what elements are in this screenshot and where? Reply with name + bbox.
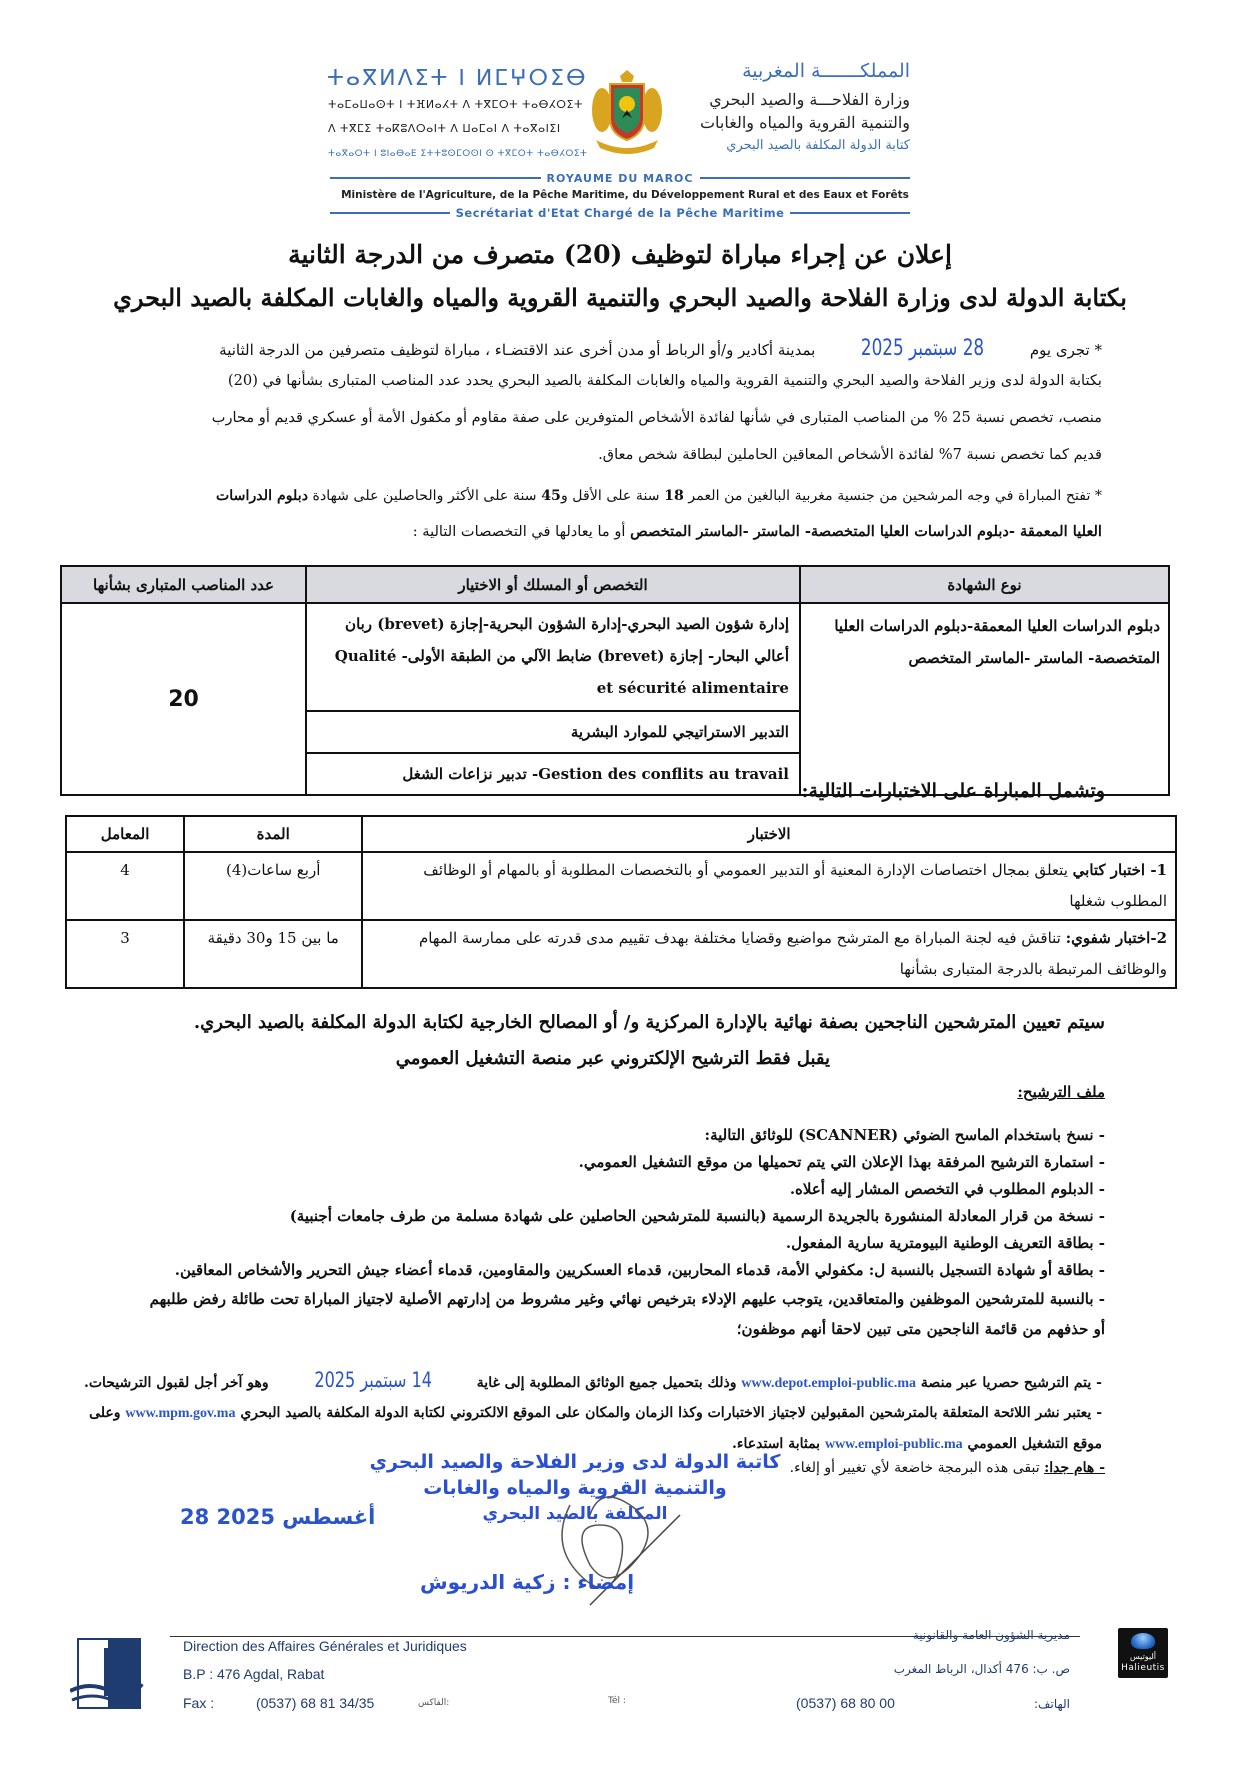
max-age: 45 bbox=[541, 488, 561, 504]
deposit-text-a: - يتم الترشيح حصريا عبر منصة bbox=[921, 1375, 1102, 1391]
footer-tel-label: Tél : bbox=[608, 1696, 626, 1706]
eligibility-diploma-bold: دبلوم الدراسات bbox=[216, 488, 308, 504]
file-items-list: - نسخ باستخدام الماسح الضوئي (SCANNER) ل… bbox=[145, 1122, 1105, 1344]
footer-fax-label-ar: الفاكس: bbox=[418, 1698, 449, 1708]
tests-table-header: الاختبار المدة المعامل bbox=[66, 816, 1176, 852]
deposit-platform-link[interactable]: www.depot.emploi-public.ma bbox=[741, 1376, 916, 1391]
test-coefficient-cell: 3 bbox=[66, 920, 184, 988]
announcement-title-line-2: بكتابة الدولة لدى وزارة الفلاحة والصيد ا… bbox=[100, 283, 1140, 312]
arabic-secretariat-line: كتابة الدولة المكلفة بالصيد البحري bbox=[670, 138, 910, 153]
list-item: - استمارة الترشيح المرفقة بهذا الإعلان ا… bbox=[145, 1149, 1105, 1176]
table-row: دبلوم الدراسات العليا المعمقة-دبلوم الدر… bbox=[61, 603, 1169, 795]
list-item: - الدبلوم المطلوب في التخصص المشار إليه … bbox=[145, 1176, 1105, 1203]
footer-bp-ar: ص. ب: 476 أكدال، الرباط المغرب bbox=[894, 1662, 1070, 1676]
header-duration: المدة bbox=[184, 816, 362, 852]
position-count-cell: 20 bbox=[61, 603, 306, 795]
header-coefficient: المعامل bbox=[66, 816, 184, 852]
tifinagh-ministry-line-2: ⴷ ⵜⴳⵎⵉ ⵜⴰⴽⵓⴷⵔⴰⵏⵜ ⴷ ⵡⴰⵎⴰⵏ ⴷ ⵜⴰⴳⴰⵏⵉⵏ bbox=[328, 122, 561, 135]
footer-direction-ar: مديرية الشؤون العامة والقانونية bbox=[913, 1628, 1070, 1642]
test-description: تناقش فيه لجنة المباراة مع المترشح مواضي… bbox=[419, 929, 1167, 978]
secretariat-divider: Secrétariat d'Etat Chargé de la Pêche Ma… bbox=[330, 205, 910, 221]
divider-line bbox=[330, 212, 450, 214]
important-note: - هام جدا: تبقى هذه البرمجة خاضعة لأي تغ… bbox=[790, 1460, 1105, 1476]
certificate-cell: دبلوم الدراسات العليا المعمقة-دبلوم الدر… bbox=[800, 603, 1169, 795]
footer-tel-label-ar: الهاتف: bbox=[1034, 1697, 1070, 1711]
arabic-kingdom-title: المملكـــــــة المغربية bbox=[670, 60, 910, 82]
divider-line bbox=[330, 177, 541, 179]
header-position-count: عدد المناصب المتبارى بشأنها bbox=[61, 566, 306, 603]
list-item: - نسخة من قرار المعادلة المنشورة بالجريد… bbox=[145, 1203, 1105, 1230]
list-item: - نسخ باستخدام الماسح الضوئي (SCANNER) ل… bbox=[145, 1122, 1105, 1149]
specialty-item: التدبير الاستراتيجي للموارد البشرية bbox=[307, 712, 799, 754]
intro-line-2: بكتابة الدولة لدى وزير الفلاحة والصيد ال… bbox=[140, 372, 1102, 389]
deposit-text-b: وذلك بتحميل جميع الوثائق المطلوبة إلى غا… bbox=[477, 1375, 737, 1391]
halieutis-fr-label: Halieutis bbox=[1118, 1663, 1168, 1673]
mpm-site-link[interactable]: www.mpm.gov.ma bbox=[125, 1406, 235, 1421]
arabic-ministry-line-2: والتنمية القروية والمياه والغابات bbox=[670, 113, 910, 132]
deadline-date-stamp: 14 سبتمبر 2025 bbox=[314, 1368, 432, 1392]
deposit-line: - يتم الترشيح حصريا عبر منصة www.depot.e… bbox=[140, 1368, 1102, 1392]
divider-line bbox=[790, 212, 910, 214]
footer-fax-label: Fax : bbox=[183, 1695, 214, 1711]
deposit-text-c: وهو آخر أجل لقبول الترشيحات. bbox=[84, 1375, 269, 1391]
list-item: - بطاقة التعريف الوطنية البيومترية سارية… bbox=[145, 1230, 1105, 1257]
tifinagh-ministry-line-1: ⵜⴰⵎⴰⵡⴰⵙⵜ ⵏ ⵜⴼⵍⴰⵃⵜ ⴷ ⵜⴳⵎⵔⵜ ⵜⴰⴱⵃⵔⵉⵜ bbox=[328, 98, 583, 111]
list-item: - بطاقة أو شهادة التسجيل بالنسبة ل: مكفو… bbox=[145, 1257, 1105, 1284]
royaume-divider: ROYAUME DU MAROC bbox=[330, 170, 910, 186]
table-row: 1- اختبار كتابي يتعلق بمجال اختصاصات الإ… bbox=[66, 852, 1176, 920]
announcement-title-line-1: إعلان عن إجراء مباراة لتوظيف (20) متصرف … bbox=[100, 240, 1140, 269]
halieutis-logo: أليوتيس Halieutis bbox=[1118, 1628, 1168, 1678]
intro-line-3: منصب، تخصص نسبة 25 % من المناصب المتبارى… bbox=[140, 409, 1102, 426]
tifinagh-kingdom-title: ⵜⴰⴳⵍⴷⵉⵜ ⵏ ⵍⵎⵖⵔⵉⴱ bbox=[327, 66, 588, 91]
eligibility-line-1: * تفتح المباراة في وجه المرشحين من جنسية… bbox=[140, 488, 1102, 504]
intro-line-1-rest: بمدينة أكادير و/أو الرباط أو مدن أخرى عن… bbox=[219, 341, 815, 359]
signatory-name: إمضاء : زكية الدريوش bbox=[420, 1570, 634, 1594]
footer-direction-fr: Direction des Affaires Générales et Juri… bbox=[183, 1638, 467, 1654]
specialty-item: إدارة شؤون الصيد البحري-إدارة الشؤون الب… bbox=[307, 604, 799, 712]
test-description: يتعلق بمجال اختصاصات الإدارة المعنية أو … bbox=[423, 861, 1167, 910]
publication-text-a: - يعتبر نشر اللائحة المتعلقة بالمترشحين … bbox=[240, 1405, 1102, 1421]
test-description-cell: 2-اختبار شفوي: تناقش فيه لجنة المباراة م… bbox=[362, 920, 1176, 988]
test-duration-cell: أربع ساعات(4) bbox=[184, 852, 362, 920]
file-heading: ملف الترشيح: bbox=[1017, 1083, 1105, 1101]
royaume-label: ROYAUME DU MAROC bbox=[547, 172, 694, 185]
footer-fax-number: (0537) 68 81 34/35 bbox=[256, 1695, 374, 1711]
electronic-only-note: يقبل فقط الترشيح الإلكتروني عبر منصة الت… bbox=[396, 1048, 830, 1069]
test-coefficient-cell: 4 bbox=[66, 852, 184, 920]
test-duration-cell: ما بين 15 و30 دقيقة bbox=[184, 920, 362, 988]
signature-date-stamp: 28 أغسطس 2025 bbox=[180, 1505, 375, 1529]
ministere-label: Ministère de l'Agriculture, de la Pêche … bbox=[320, 189, 930, 201]
eligibility-text-b: سنة على الأقل و bbox=[561, 488, 660, 504]
footer-tel-number: (0537) 68 80 00 bbox=[796, 1695, 895, 1711]
intro-line-4: قديم كما تخصص نسبة 7% لفائدة الأشخاص الم… bbox=[140, 446, 1102, 463]
test-label: 2-اختبار شفوي: bbox=[1066, 929, 1167, 947]
test-label: 1- اختبار كتابي bbox=[1073, 861, 1167, 879]
appointment-note: سيتم تعيين المترشحين الناجحين بصفة نهائي… bbox=[194, 1012, 1105, 1033]
exam-date-stamp: 28 سبتمبر 2025 bbox=[861, 336, 984, 361]
intro-line-1: * تجرى يوم 28 سبتمبر 2025 بمدينة أكادير … bbox=[140, 336, 1102, 361]
tifinagh-secretariat-line: ⵜⴰⴳⴰⵔⵜ ⵏ ⵓⵏⴰⴱⴰⴹ ⵉⵜⵜⵓⵙⵎⵔⵙⵏ ⵙ ⵜⴳⵎⵔⵜ ⵜⴰⴱⵃⵔⵉ… bbox=[328, 149, 587, 159]
secretariat-label: Secrétariat d'Etat Chargé de la Pêche Ma… bbox=[456, 206, 785, 220]
min-age: 18 bbox=[664, 488, 684, 504]
halieutis-ar-label: أليوتيس bbox=[1118, 1652, 1168, 1661]
footer-bp-fr: B.P : 476 Agdal, Rabat bbox=[183, 1666, 324, 1682]
eligibility-diplomas-bold: العليا المعمقة -دبلوم الدراسات العليا ال… bbox=[630, 523, 1102, 540]
list-item: - بالنسبة للمترشحين الموظفين والمتعاقدين… bbox=[145, 1284, 1105, 1344]
test-description-cell: 1- اختبار كتابي يتعلق بمجال اختصاصات الإ… bbox=[362, 852, 1176, 920]
tests-heading: وتشمل المباراة على الاختبارات التالية: bbox=[802, 780, 1105, 802]
arabic-ministry-line-1: وزارة الفلاحـــة والصيد البحري bbox=[670, 90, 910, 109]
table-row: 2-اختبار شفوي: تناقش فيه لجنة المباراة م… bbox=[66, 920, 1176, 988]
anchor-logo-icon bbox=[70, 1636, 145, 1711]
eligibility-text-c: سنة على الأكثر والحاصلين على شهادة bbox=[313, 488, 537, 504]
intro-prefix: * تجرى يوم bbox=[1030, 341, 1102, 359]
moroccan-coat-of-arms-icon bbox=[590, 70, 664, 156]
positions-table-header: نوع الشهادة التخصص أو المسلك أو الاختيار… bbox=[61, 566, 1169, 603]
globe-icon bbox=[1131, 1633, 1155, 1649]
important-text: تبقى هذه البرمجة خاضعة لأي تغيير أو إلغا… bbox=[790, 1460, 1040, 1476]
important-label: - هام جدا: bbox=[1044, 1460, 1105, 1476]
divider-line bbox=[700, 177, 911, 179]
positions-table: نوع الشهادة التخصص أو المسلك أو الاختيار… bbox=[60, 565, 1170, 796]
eligibility-line-2: العليا المعمقة -دبلوم الدراسات العليا ال… bbox=[140, 523, 1102, 540]
specialties-cell: إدارة شؤون الصيد البحري-إدارة الشؤون الب… bbox=[306, 603, 800, 795]
specialty-item: Gestion des conflits au travail- تدبير ن… bbox=[307, 754, 799, 794]
emploi-public-link[interactable]: www.emploi-public.ma bbox=[825, 1437, 963, 1452]
eligibility-text-rest: أو ما يعادلها في التخصصات التالية : bbox=[413, 523, 626, 540]
header-certificate-type: نوع الشهادة bbox=[800, 566, 1169, 603]
tests-table: الاختبار المدة المعامل 1- اختبار كتابي ي… bbox=[65, 815, 1177, 989]
header-specialty: التخصص أو المسلك أو الاختيار bbox=[306, 566, 800, 603]
header-test: الاختبار bbox=[362, 816, 1176, 852]
eligibility-text-a: * تفتح المباراة في وجه المرشحين من جنسية… bbox=[688, 488, 1102, 504]
